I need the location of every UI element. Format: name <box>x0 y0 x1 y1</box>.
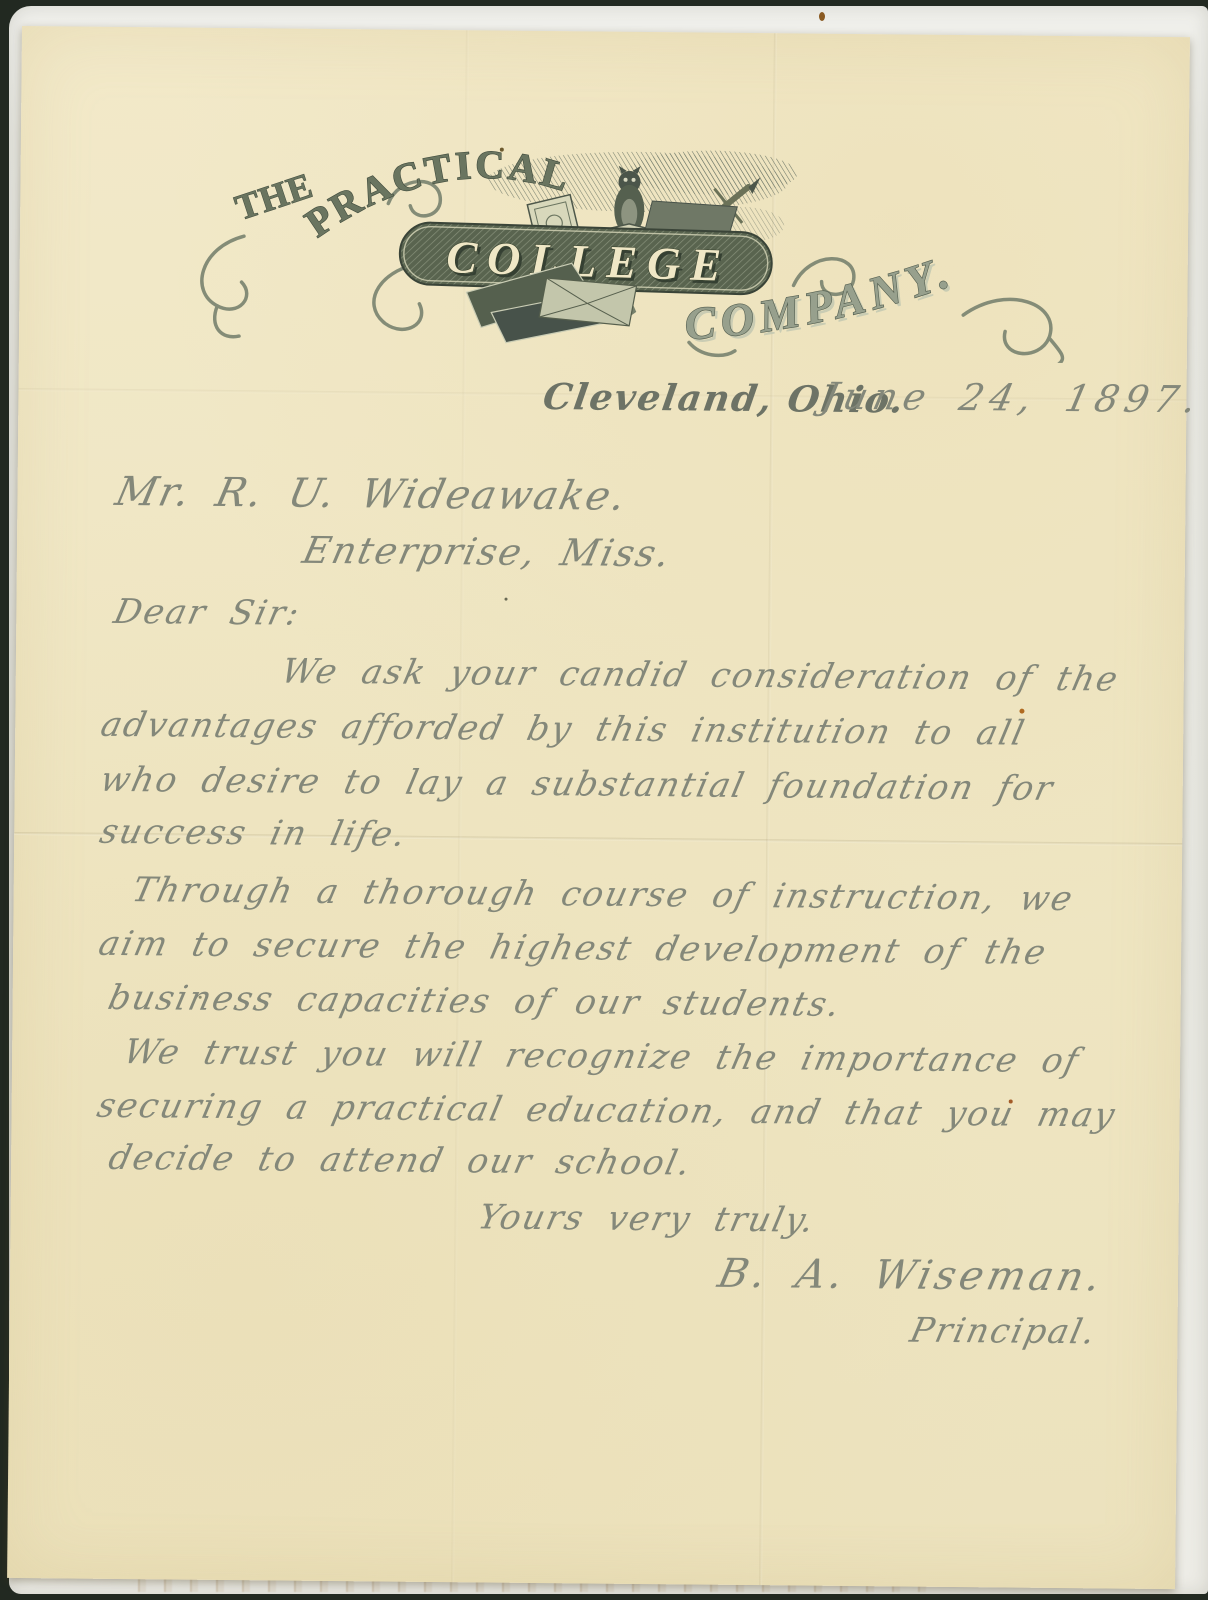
letter-paper: THE PRACTICAL COLLEGE COLLEGE COMPANY. <box>7 26 1190 1589</box>
recipient-address: Enterprise, Miss. <box>299 529 676 575</box>
recipient-name: Mr. R. U. Wideawake. <box>111 469 631 520</box>
paragraph-line: who desire to lay a substantial foundati… <box>97 760 1058 809</box>
dateline-date: June 24, 1897. <box>818 375 1206 422</box>
salutation: Dear Sir: <box>110 592 304 634</box>
paragraph-line: advantages afforded by this institution … <box>97 705 1029 754</box>
stain-speck <box>505 598 508 601</box>
paragraph-line: success in life. <box>96 812 411 855</box>
paragraph-line: We ask your candid consideration of the <box>278 652 1124 700</box>
letterhead-artwork: THE PRACTICAL COLLEGE COLLEGE COMPANY. <box>181 140 1068 363</box>
envelope-icon <box>539 278 636 326</box>
closing: Yours very truly. <box>474 1197 819 1240</box>
paragraph-line: securing a practical education, and that… <box>93 1086 1120 1136</box>
paragraph-line: decide to attend our school. <box>105 1138 696 1184</box>
paragraph-line: Through a thorough course of instruction… <box>129 870 1078 919</box>
paragraph-line: We trust you will recognize the importan… <box>120 1032 1084 1081</box>
paragraph-line: aim to secure the highest development of… <box>95 924 1051 973</box>
stain-speck <box>819 12 825 21</box>
paragraph-line: business capacities of our students. <box>104 978 845 1025</box>
signature: B. A. Wiseman. <box>714 1251 1109 1301</box>
signer-title: Principal. <box>906 1311 1100 1353</box>
